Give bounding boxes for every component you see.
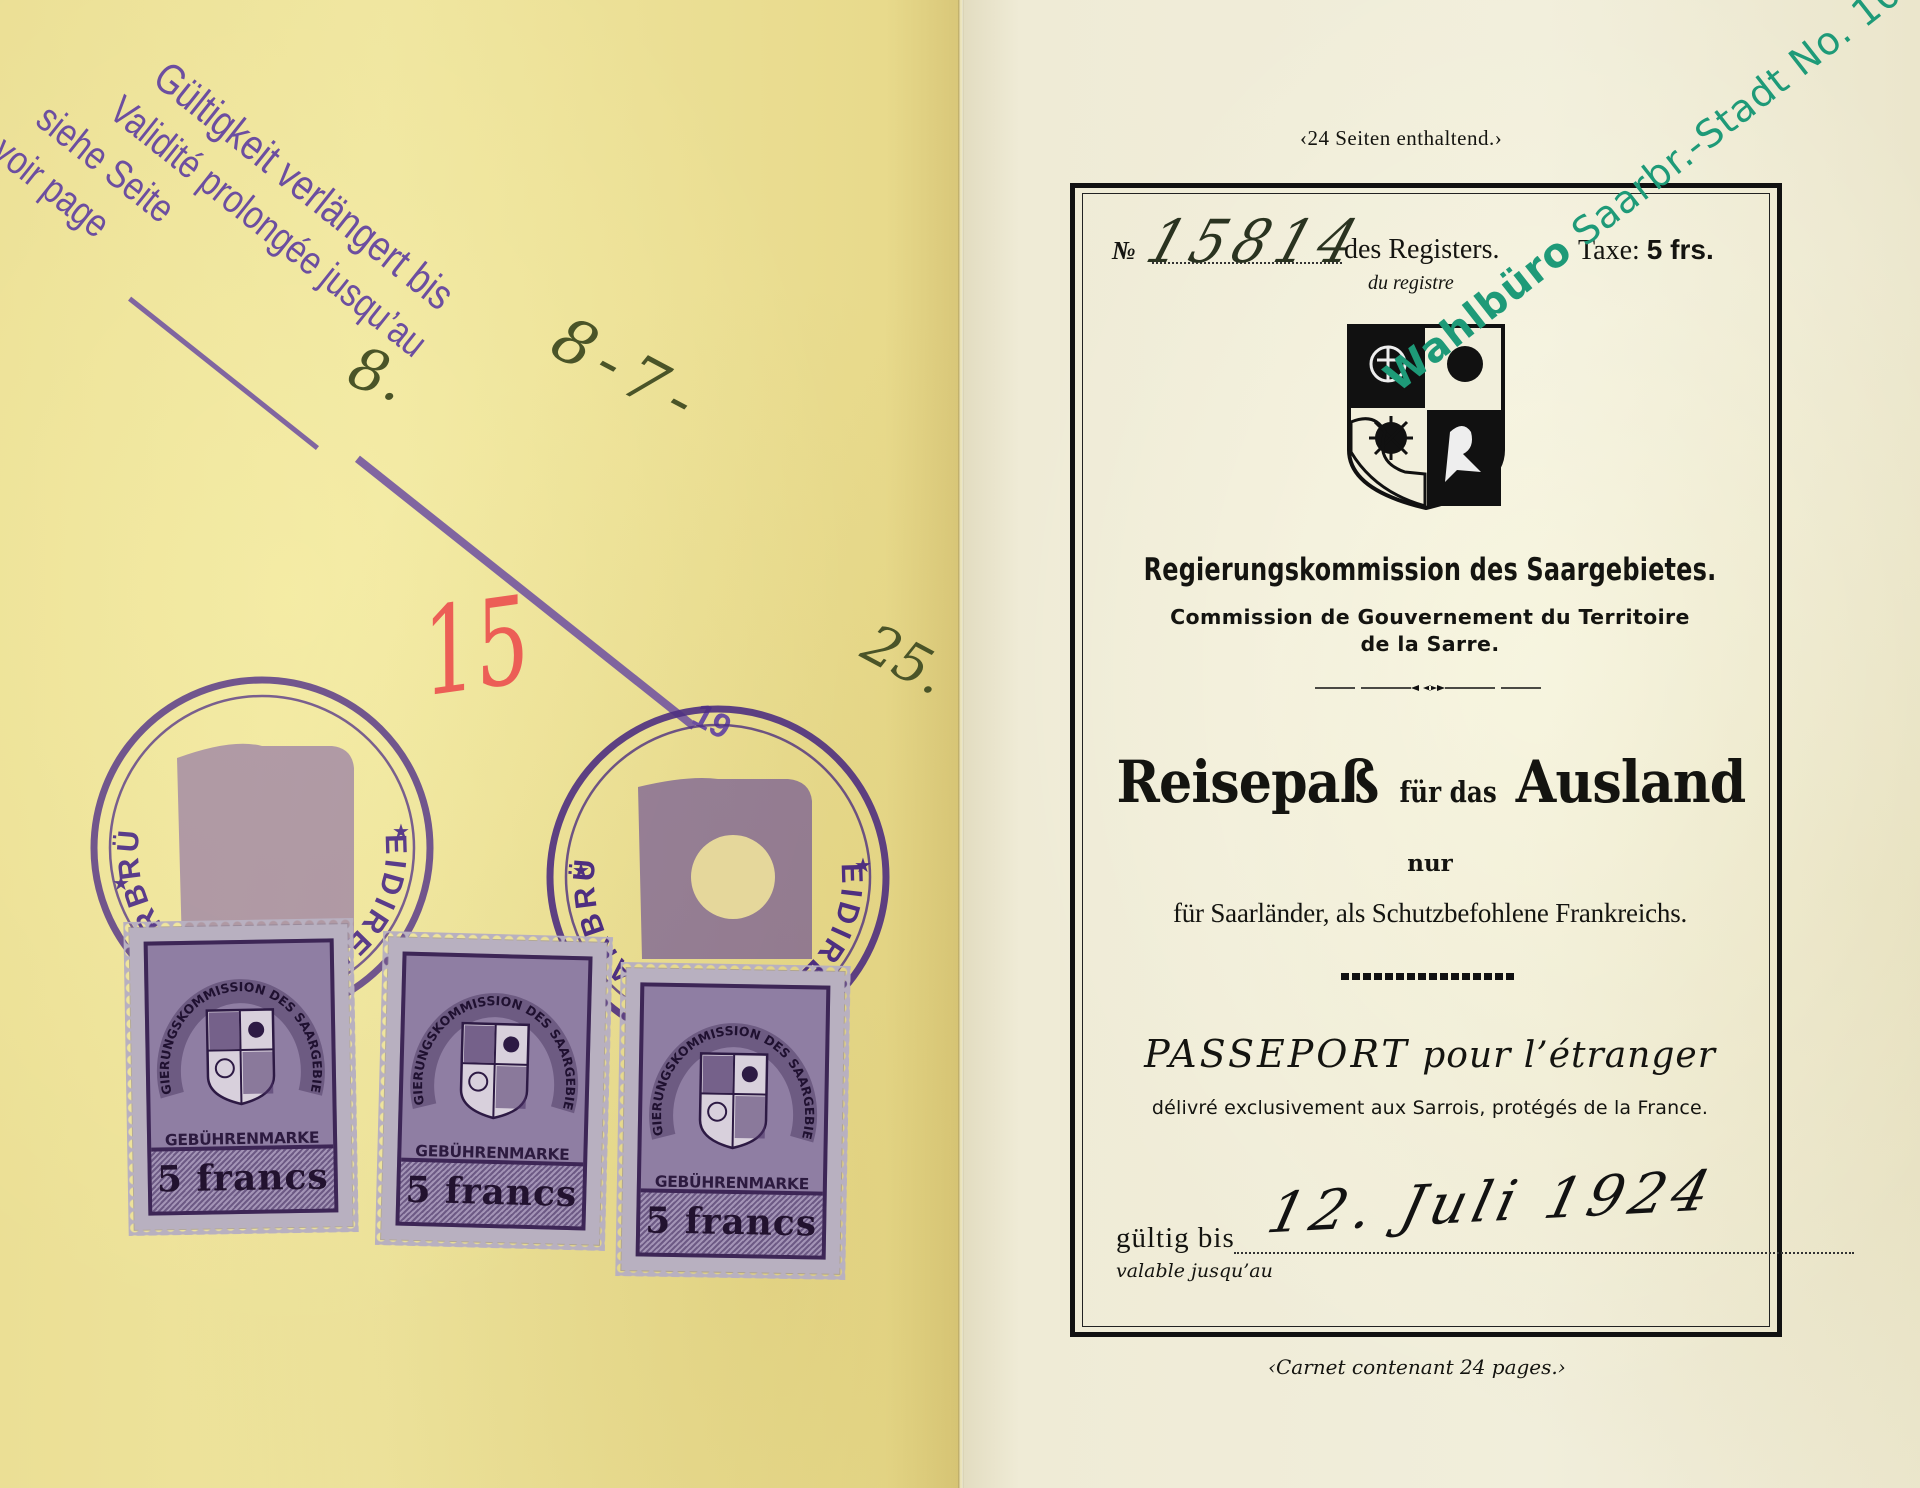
validity-row: gültig bis valable jusqu’au 12. Juli 192… [1112, 1170, 1752, 1280]
pages-count-note-de: ‹24 Seiten enthaltend.› [1300, 126, 1502, 151]
title-fuer-das: für das [1399, 775, 1496, 809]
title-reisepass: Reisepaß [1116, 748, 1378, 816]
revenue-stamp: REGIERUNGSKOMMISSION DES SAARGEBIETS GEB… [129, 924, 352, 1230]
register-label-de: des Registers. [1344, 234, 1500, 266]
stamp-value: 5 francs [640, 1188, 823, 1255]
stamp-coat-of-arms-icon: REGIERUNGSKOMMISSION DES SAARGEBIETS [641, 986, 826, 1189]
title-passeport: PASSEPORT [1144, 1032, 1410, 1076]
tax-value: 5 frs. [1647, 234, 1714, 265]
title-ausland: Ausland [1516, 748, 1746, 816]
page-fold [958, 0, 964, 1488]
issuer-title-fr-line2: de la Sarre. [1090, 632, 1770, 656]
stamp-value: 5 francs [400, 1158, 584, 1227]
stamp-value: 5 francs [151, 1144, 334, 1211]
revenue-stamp: REGIERUNGSKOMMISSION DES SAARGEBIETS GEB… [381, 937, 607, 1245]
revenue-stamp: REGIERUNGSKOMMISSION DES SAARGEBIETS GEB… [621, 968, 844, 1274]
seal-coat-of-arms [177, 744, 354, 948]
register-number: 15814 [1139, 207, 1373, 276]
validity-label-de: gültig bis [1116, 1222, 1235, 1255]
issuer-title-fr-line1: Commission de Gouvernement du Territoire [1090, 605, 1770, 629]
validity-label-fr: valable jusqu’au [1116, 1260, 1273, 1282]
stamp-coat-of-arms-icon: REGIERUNGSKOMMISSION DES SAARGEBIETS [148, 942, 333, 1145]
issuer-title-de: Regierungskommission des Saargebietes. [1138, 552, 1723, 588]
svg-text:★: ★ [112, 873, 130, 895]
restriction-label: nur [1090, 850, 1770, 877]
eligibility-text-de: für Saarländer, als Schutzbefohlene Fran… [1090, 898, 1770, 929]
svg-text:★: ★ [572, 860, 590, 882]
dotted-divider [1341, 973, 1517, 980]
register-row: № 15814 des Registers. du registre Taxe:… [1112, 232, 1752, 272]
svg-text:★: ★ [392, 821, 410, 843]
number-sign: № [1112, 236, 1136, 266]
title-pour-letranger: pour l’étranger [1422, 1035, 1716, 1076]
passport-title-fr: PASSEPORT pour l’étranger [1090, 1032, 1770, 1076]
page-ref-rule [128, 297, 319, 450]
validity-date-handwritten: 12. Juli 1924 [1261, 1159, 1722, 1247]
issued-text-fr: délivré exclusivement aux Sarrois, proté… [1090, 1097, 1770, 1119]
svg-text:★: ★ [854, 855, 872, 877]
passport-title-de: Reisepaß für das Ausland [1090, 748, 1770, 816]
stamp-coat-of-arms-icon: REGIERUNGSKOMMISSION DES SAARGEBIETS [401, 956, 588, 1161]
pages-count-note-fr: ‹Carnet contenant 24 pages.› [1268, 1355, 1566, 1379]
ornament-divider [1315, 682, 1541, 694]
register-label-fr: du registre [1368, 272, 1454, 295]
validity-line [1234, 1252, 1854, 1254]
